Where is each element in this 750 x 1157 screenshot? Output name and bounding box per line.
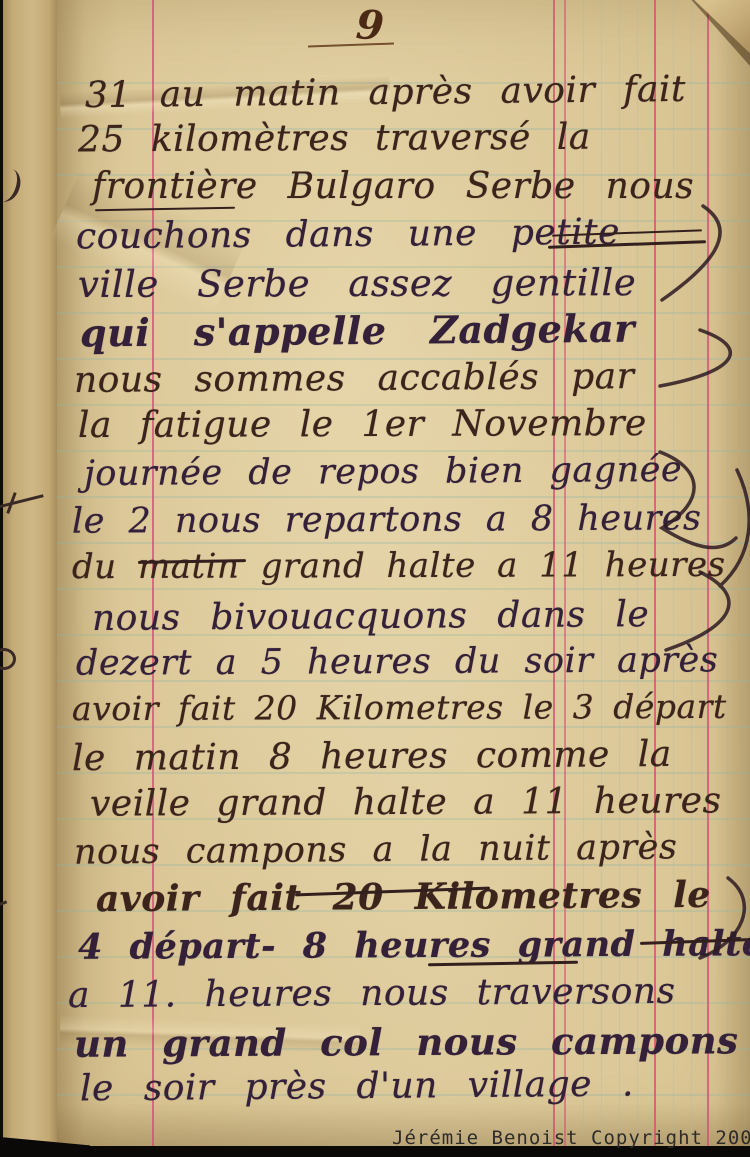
handwritten-line: a 11. heures nous traversons — [68, 971, 676, 1016]
handwritten-line: nous bivouacquons dans le — [92, 594, 650, 639]
handwritten-line: avoir fait 20 Kilometres le 3 départ — [72, 687, 727, 728]
handwritten-line: avoir fait 20 Kilometres le — [96, 874, 711, 920]
handwritten-line: dezert a 5 heures du soir après — [76, 640, 718, 683]
handwritten-line: 4 départ- 8 heures grand halte — [78, 923, 750, 968]
handwritten-line: le 2 nous repartons a 8 heures — [72, 498, 702, 541]
handwritten-line: le soir près d'un village . — [80, 1064, 634, 1110]
handwritten-line: ville Serbe assez gentille — [78, 261, 636, 306]
diary-page-scan: 9 31 au matin après avoir fait 25 kilomè… — [0, 0, 750, 1157]
handwritten-line: qui s'appelle Zadgekar — [80, 306, 635, 356]
handwritten-line: le matin 8 heures comme la — [72, 734, 672, 779]
handwritten-line: la fatigue le 1er Novembre — [78, 403, 647, 446]
handwritten-line: 25 kilomètres traversé la — [78, 117, 591, 161]
handwritten-line: du matin grand halte a 11 heures — [72, 545, 726, 587]
handwritten-line: frontière Bulgaro Serbe nous — [92, 166, 694, 207]
handwritten-line: couchons dans une petite — [76, 212, 620, 258]
handwritten-line: un grand col nous campons — [74, 1018, 739, 1065]
copyright-watermark: Jérémie Benoist Copyright 2008 — [392, 1127, 750, 1149]
handwritten-line: nous campons a la nuit après — [74, 827, 678, 872]
handwritten-line: nous sommes accablés par — [74, 356, 635, 401]
handwritten-line: 31 au matin après avoir fait — [85, 69, 686, 116]
handwritten-line: journée de repos bien gagnée — [84, 450, 682, 494]
handwritten-line: veille grand halte a 11 heures — [90, 780, 722, 824]
